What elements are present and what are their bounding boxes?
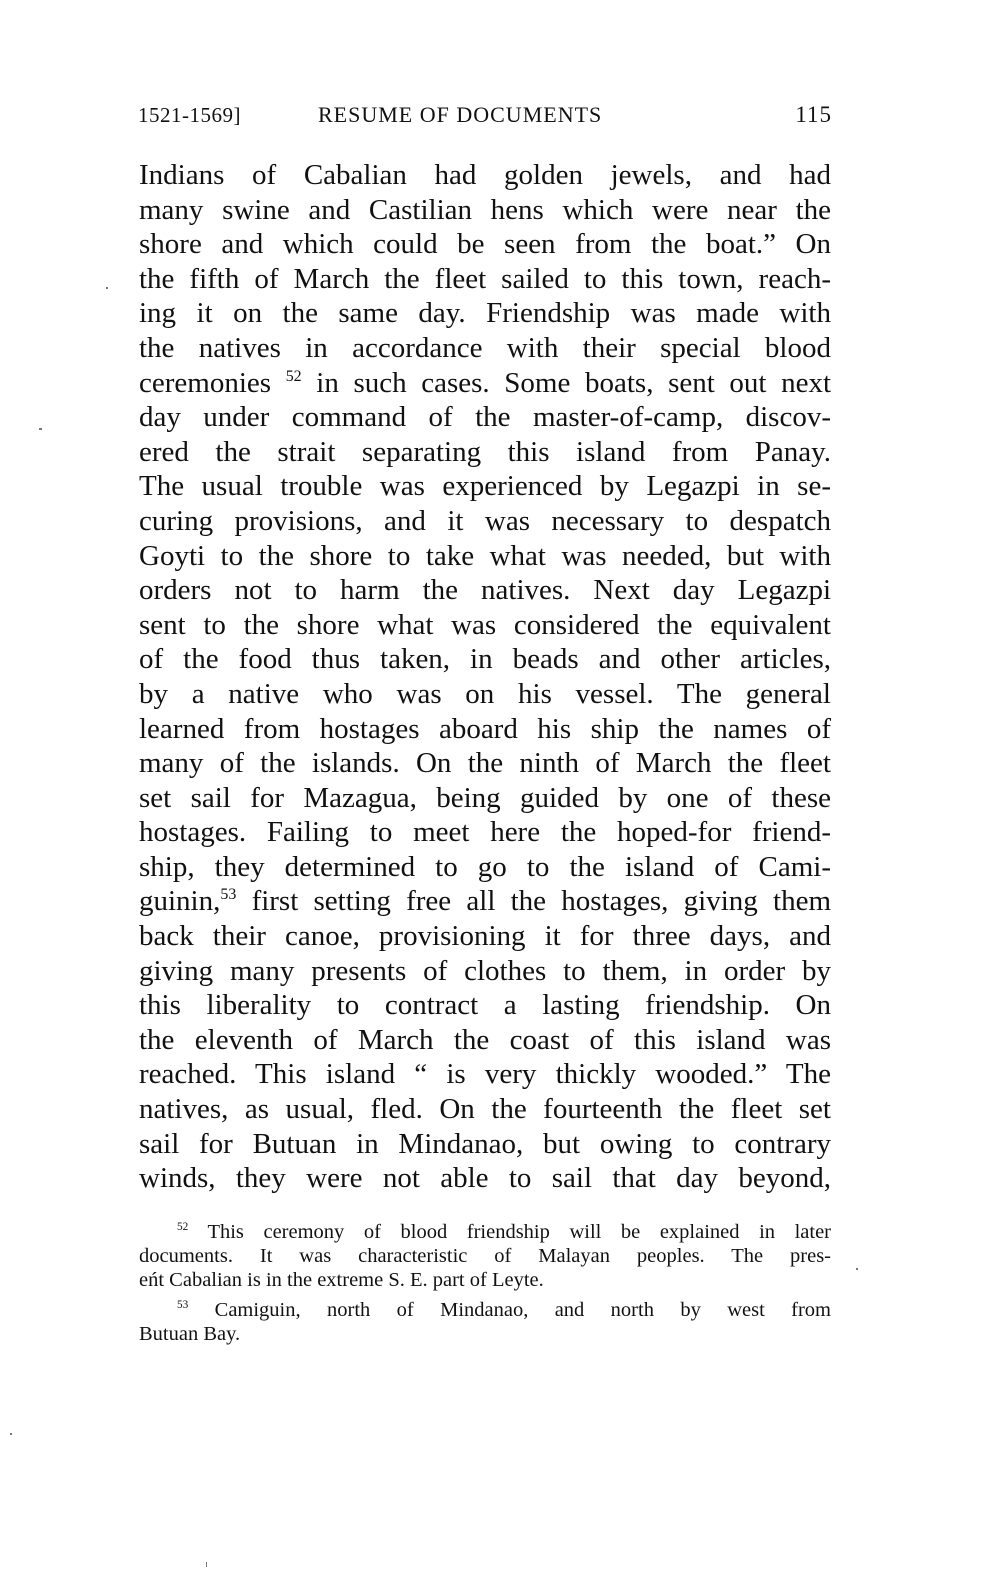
running-head-title: RESUME OF DOCUMENTS	[318, 100, 602, 130]
footnote-line: documents. It was characteristic of Mala…	[139, 1244, 831, 1268]
body-line: guinin,53 first setting free all the hos…	[139, 884, 831, 919]
running-head-years: 1521-1569]	[138, 100, 241, 130]
footnote-number: 52	[177, 1221, 188, 1233]
body-line: this liberality to contract a lasting fr…	[139, 988, 831, 1023]
footnote-line: 53 Camiguin, north of Mindanao, and nort…	[139, 1298, 831, 1322]
scan-speck	[39, 428, 42, 430]
body-line: winds, they were not able to sail that d…	[139, 1161, 831, 1196]
scan-speck	[206, 1562, 207, 1567]
footnote-text: Camiguin, north of Mindanao, and north b…	[215, 1299, 831, 1321]
body-line: ship, they determined to go to the islan…	[139, 850, 831, 885]
footnote-52: 52 This ceremony of blood friendship wil…	[139, 1220, 831, 1292]
footnote-line: 52 This ceremony of blood friendship wil…	[139, 1220, 831, 1244]
body-line: the eleventh of March the coast of this …	[139, 1023, 831, 1058]
body-line: orders not to harm the natives. Next day…	[139, 573, 831, 608]
footnote-ref-52[interactable]: 52	[286, 367, 302, 384]
body-line: of the food thus taken, in beads and oth…	[139, 642, 831, 677]
body-line: ing it on the same day. Friendship was m…	[139, 296, 831, 331]
body-line: The usual trouble was experienced by Leg…	[139, 469, 831, 504]
footnote-53: 53 Camiguin, north of Mindanao, and nort…	[139, 1298, 831, 1346]
body-line: natives, as usual, fled. On the fourteen…	[139, 1092, 831, 1127]
body-line: Indians of Cabalian had golden jewels, a…	[139, 158, 831, 193]
body-line: the fifth of March the fleet sailed to t…	[139, 262, 831, 297]
body-line: the natives in accordance with their spe…	[139, 331, 831, 366]
footnote-ref-53[interactable]: 53	[220, 886, 236, 903]
body-line-text: first setting free all the hostages, giv…	[252, 885, 831, 917]
body-line: set sail for Mazagua, being guided by on…	[139, 781, 831, 816]
footnotes: 52 This ceremony of blood friendship wil…	[139, 1220, 831, 1346]
body-line-text: in such cases. Some boats, sent out next	[316, 367, 831, 399]
footnote-text: This ceremony of blood friendship will b…	[207, 1221, 831, 1243]
footnote-line: eńt Cabalian is in the extreme S. E. par…	[139, 1268, 831, 1292]
scan-speck	[856, 1268, 858, 1270]
book-page: 1521-1569] RESUME OF DOCUMENTS 115 India…	[0, 0, 989, 1581]
body-line: back their canoe, provisioning it for th…	[139, 919, 831, 954]
body-line: giving many presents of clothes to them,…	[139, 954, 831, 989]
body-line: sent to the shore what was considered th…	[139, 608, 831, 643]
body-line: curing provisions, and it was necessary …	[139, 504, 831, 539]
body-line: by a native who was on his vessel. The g…	[139, 677, 831, 712]
body-line-text: guinin,	[139, 885, 220, 917]
body-line: shore and which could be seen from the b…	[139, 227, 831, 262]
body-line: reached. This island “ is very thickly w…	[139, 1057, 831, 1092]
body-line: ered the strait separating this island f…	[139, 435, 831, 470]
body-line: hostages. Failing to meet here the hoped…	[139, 815, 831, 850]
body-line: Goyti to the shore to take what was need…	[139, 539, 831, 574]
body-line: many of the islands. On the ninth of Mar…	[139, 746, 831, 781]
scan-speck	[106, 287, 108, 289]
running-head: 1521-1569] RESUME OF DOCUMENTS 115	[138, 100, 832, 130]
body-line: day under command of the master-of-camp,…	[139, 400, 831, 435]
footnote-line: Butuan Bay.	[139, 1322, 831, 1346]
page-number: 115	[795, 100, 832, 130]
body-line-text: ceremonies	[139, 367, 271, 399]
body-line: learned from hostages aboard his ship th…	[139, 712, 831, 747]
body-line: many swine and Castilian hens which were…	[139, 193, 831, 228]
body-paragraph: Indians of Cabalian had golden jewels, a…	[139, 158, 831, 1196]
footnote-number: 53	[177, 1299, 188, 1311]
body-line: ceremonies 52 in such cases. Some boats,…	[139, 366, 831, 401]
scan-speck	[10, 1433, 12, 1435]
body-line: sail for Butuan in Mindanao, but owing t…	[139, 1127, 831, 1162]
